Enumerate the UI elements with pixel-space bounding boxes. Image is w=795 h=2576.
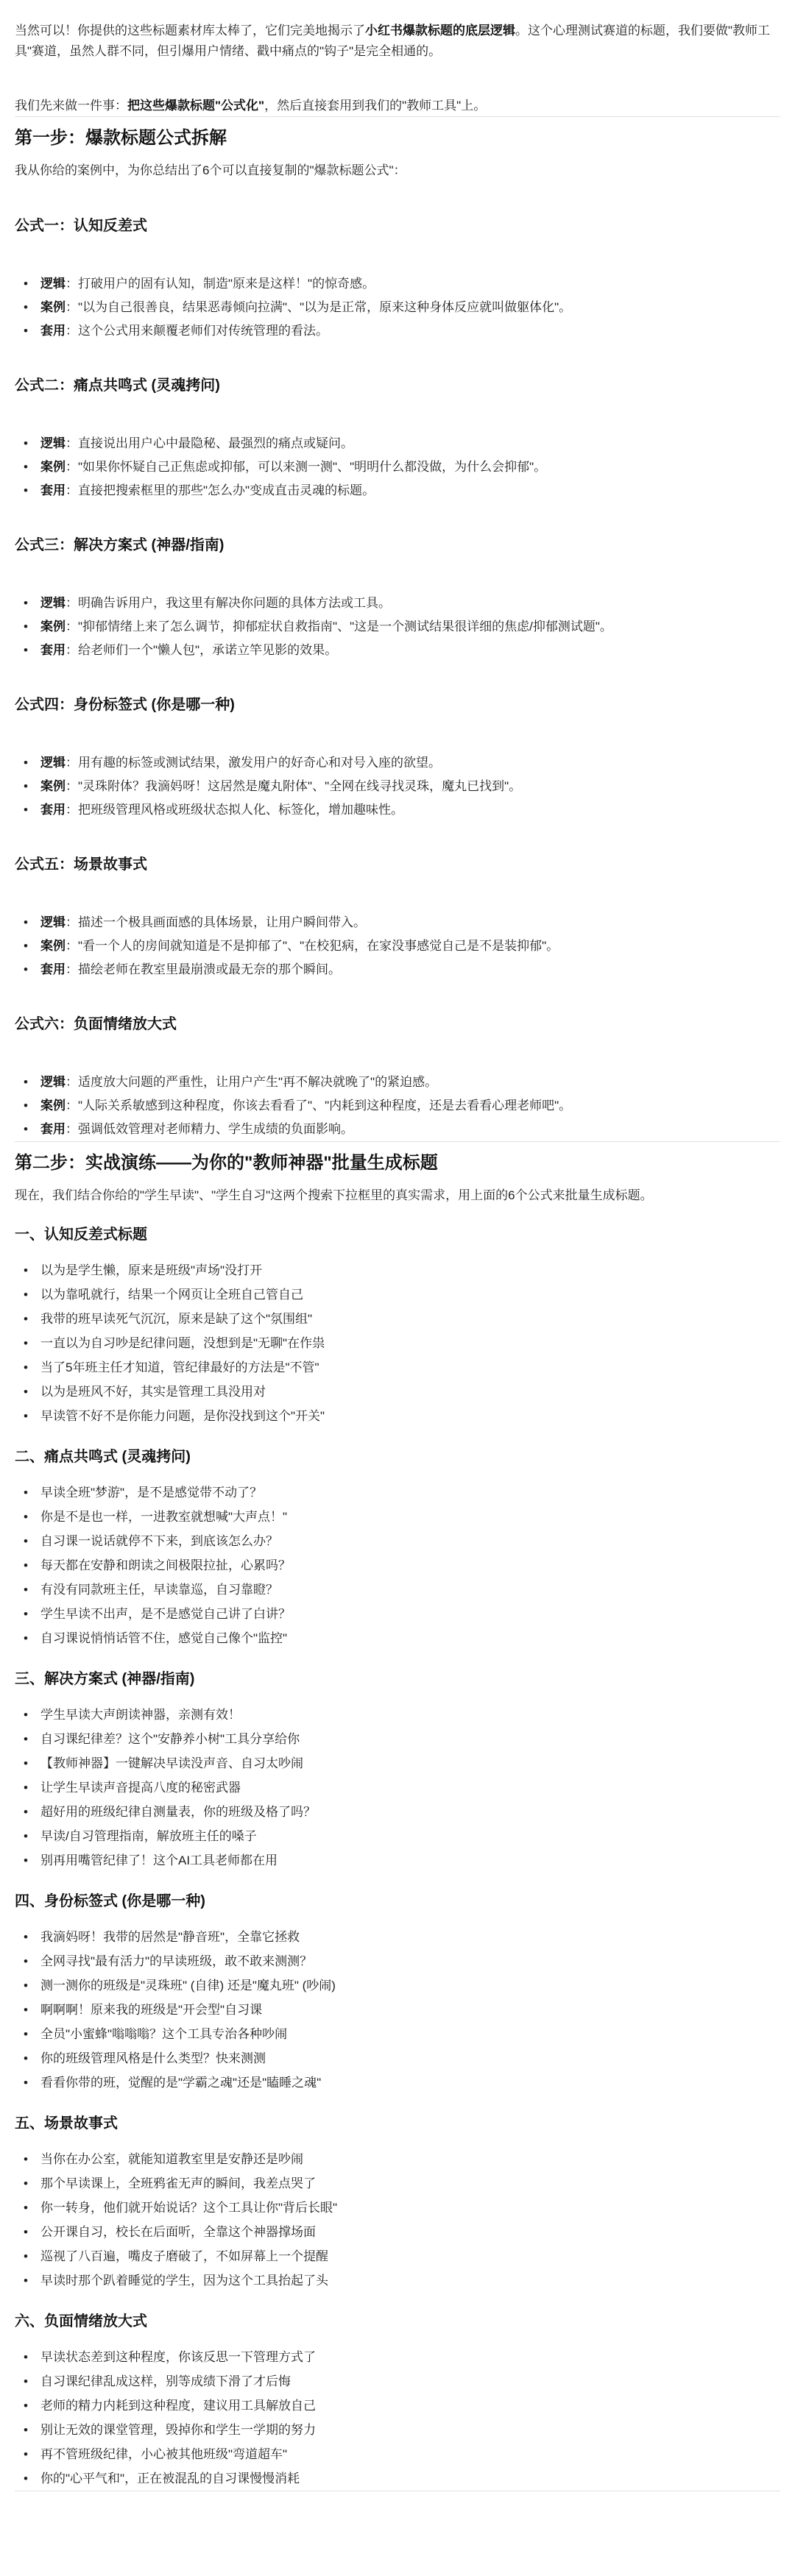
title-item: 啊啊啊！原来我的班级是"开会型"自习课 — [24, 1998, 780, 2022]
intro-bold-highlight: 小红书爆款标题的底层逻辑 — [365, 24, 515, 38]
formula-title: 公式六：负面情绪放大式 — [15, 1013, 780, 1035]
bullet-label: 逻辑 — [40, 436, 66, 450]
formula-bullet: 套用：描绘老师在教室里最崩溃或最无奈的那个瞬间。 — [24, 958, 780, 982]
title-item: 【教师神器】一键解决早读没声音、自习太吵闹 — [24, 1751, 780, 1775]
bullet-text: ："看一个人的房间就知道是不是抑郁了"、"在校犯病，在家没事感觉自己是不是装抑郁… — [66, 939, 559, 953]
group-title: 二、痛点共鸣式 (灵魂拷问) — [15, 1446, 780, 1468]
group-title: 一、认知反差式标题 — [15, 1224, 780, 1246]
title-item: 一直以为自习吵是纪律问题，没想到是"无聊"在作祟 — [24, 1331, 780, 1355]
formula-section: 公式六：负面情绪放大式 逻辑：适度放大问题的严重性，让用户产生"再不解决就晚了"… — [15, 1013, 780, 1141]
bullet-label: 套用 — [40, 1122, 66, 1136]
title-item: 全员"小蜜蜂"嗡嗡嗡？这个工具专治各种吵闹 — [24, 2022, 780, 2046]
title-item: 让学生早读声音提高八度的秘密武器 — [24, 1775, 780, 1800]
formula-bullet: 套用：把班级管理风格或班级状态拟人化、标签化，增加趣味性。 — [24, 798, 780, 822]
title-item: 以为靠吼就行，结果一个网页让全班自己管自己 — [24, 1282, 780, 1307]
formula-bullet: 案例："人际关系敏感到这种程度，你该去看看了"、"内耗到这种程度，还是去看看心理… — [24, 1094, 780, 1118]
title-item: 老师的精力内耗到这种程度，建议用工具解放自己 — [24, 2394, 780, 2418]
title-item: 自习课纪律差？这个"安静养小树"工具分享给你 — [24, 1727, 780, 1751]
formula-bullet: 逻辑：适度放大问题的严重性，让用户产生"再不解决就晚了"的紧迫感。 — [24, 1071, 780, 1094]
title-item: 以为是学生懒，原来是班级"声场"没打开 — [24, 1258, 780, 1282]
formula-list: 逻辑：打破用户的固有认知，制造"原来是这样！"的惊奇感。案例："以为自己很善良，… — [15, 272, 780, 343]
step1-divider — [15, 116, 780, 117]
bullet-text: ：直接说出用户心中最隐秘、最强烈的痛点或疑问。 — [66, 436, 353, 450]
group-title: 三、解决方案式 (神器/指南) — [15, 1668, 780, 1690]
title-group: 六、负面情绪放大式 早读状态差到这种程度，你该反思一下管理方式了自习课纪律乱成这… — [15, 2310, 780, 2491]
title-item: 学生早读不出声，是不是感觉自己讲了白讲？ — [24, 1602, 780, 1626]
title-group: 二、痛点共鸣式 (灵魂拷问) 早读全班"梦游"，是不是感觉带不动了？你是不是也一… — [15, 1446, 780, 1650]
bullet-text: ："如果你怀疑自己正焦虑或抑郁，可以来测一测"、"明明什么都没做，为什么会抑郁"… — [66, 460, 546, 474]
title-item: 我带的班早读死气沉沉，原来是缺了这个"氛围组" — [24, 1307, 780, 1331]
title-item: 有没有同款班主任，早读靠巡，自习靠瞪？ — [24, 1578, 780, 1602]
intro-text: 当然可以！你提供的这些标题素材库太棒了，它们完美地揭示了 — [15, 24, 365, 38]
intro-text: 我们先来做一件事： — [15, 99, 127, 113]
bullet-label: 案例 — [40, 1099, 66, 1113]
bullet-text: ：强调低效管理对老师精力、学生成绩的负面影响。 — [66, 1122, 353, 1136]
formula-bullet: 套用：这个公式用来颠覆老师们对传统管理的看法。 — [24, 319, 780, 343]
title-item: 你是不是也一样，一进教室就想喊"大声点！" — [24, 1505, 780, 1529]
bullet-text: ：给老师们一个"懒人包"，承诺立竿见影的效果。 — [66, 643, 337, 657]
bullet-text: ："人际关系敏感到这种程度，你该去看看了"、"内耗到这种程度，还是去看看心理老师… — [66, 1099, 571, 1113]
formula-title: 公式二：痛点共鸣式 (灵魂拷问) — [15, 375, 780, 397]
bullet-text: ：直接把搜索框里的那些"怎么办"变成直击灵魂的标题。 — [66, 483, 375, 497]
title-item: 早读管不好不是你能力问题，是你没找到这个"开关" — [24, 1404, 780, 1428]
bullet-label: 案例 — [40, 460, 66, 474]
title-item: 再不管班级纪律，小心被其他班级"弯道超车" — [24, 2442, 780, 2466]
formula-list: 逻辑：明确告诉用户，我这里有解决你问题的具体方法或工具。案例："抑郁情绪上来了怎… — [15, 592, 780, 662]
formula-list: 逻辑：适度放大问题的严重性，让用户产生"再不解决就晚了"的紧迫感。案例："人际关… — [15, 1071, 780, 1141]
formula-bullet: 案例："看一个人的房间就知道是不是抑郁了"、"在校犯病，在家没事感觉自己是不是装… — [24, 934, 780, 958]
title-item: 全网寻找"最有活力"的早读班级，敢不敢来测测？ — [24, 1949, 780, 1973]
title-group: 三、解决方案式 (神器/指南) 学生早读大声朗读神器，亲测有效！自习课纪律差？这… — [15, 1668, 780, 1873]
title-item: 当了5年班主任才知道，管纪律最好的方法是"不管" — [24, 1355, 780, 1380]
formula-section: 公式五：场景故事式 逻辑：描述一个极具画面感的具体场景，让用户瞬间带入。案例："… — [15, 854, 780, 982]
bullet-label: 逻辑 — [40, 915, 66, 929]
bottom-divider — [15, 2491, 780, 2491]
title-item: 早读全班"梦游"，是不是感觉带不动了？ — [24, 1480, 780, 1505]
formula-list: 逻辑：直接说出用户心中最隐秘、最强烈的痛点或疑问。案例："如果你怀疑自己正焦虑或… — [15, 432, 780, 503]
title-group: 四、身份标签式 (你是哪一种) 我滴妈呀！我带的居然是"静音班"，全靠它拯救全网… — [15, 1890, 780, 2095]
title-item: 别再用嘴管纪律了！这个AI工具老师都在用 — [24, 1848, 780, 1873]
bullet-text: ：明确告诉用户，我这里有解决你问题的具体方法或工具。 — [66, 596, 391, 610]
bullet-label: 套用 — [40, 962, 66, 976]
intro-text: ，然后直接套用到我们的"教师工具"上。 — [264, 99, 486, 113]
title-item: 超好用的班级纪律自测量表，你的班级及格了吗？ — [24, 1800, 780, 1824]
bullet-text: ：把班级管理风格或班级状态拟人化、标签化，增加趣味性。 — [66, 803, 403, 817]
bullet-text: ：适度放大问题的严重性，让用户产生"再不解决就晚了"的紧迫感。 — [66, 1075, 437, 1089]
bullet-text: ："灵珠附体？我滴妈呀！这居然是魔丸附体"、"全网在线寻找灵珠，魔丸已找到"。 — [66, 779, 521, 793]
title-item: 自习课纪律乱成这样，别等成绩下滑了才后悔 — [24, 2369, 780, 2394]
bullet-label: 案例 — [40, 779, 66, 793]
document-page: 当然可以！你提供的这些标题素材库太棒了，它们完美地揭示了小红书爆款标题的底层逻辑… — [0, 0, 795, 2576]
formula-bullet: 逻辑：明确告诉用户，我这里有解决你问题的具体方法或工具。 — [24, 592, 780, 615]
title-item: 测一测你的班级是"灵珠班" (自律) 还是"魔丸班" (吵闹) — [24, 1973, 780, 1998]
group-title: 四、身份标签式 (你是哪一种) — [15, 1890, 780, 1912]
title-item: 那个早读课上，全班鸦雀无声的瞬间，我差点哭了 — [24, 2171, 780, 2196]
bullet-label: 套用 — [40, 324, 66, 338]
formula-bullet: 逻辑：用有趣的标签或测试结果，激发用户的好奇心和对号入座的欲望。 — [24, 751, 780, 775]
formula-bullet: 逻辑：打破用户的固有认知，制造"原来是这样！"的惊奇感。 — [24, 272, 780, 296]
title-item: 公开课自习，校长在后面听，全靠这个神器撑场面 — [24, 2220, 780, 2244]
formula-bullet: 逻辑：直接说出用户心中最隐秘、最强烈的痛点或疑问。 — [24, 432, 780, 455]
formula-sections: 公式一：认知反差式 逻辑：打破用户的固有认知，制造"原来是这样！"的惊奇感。案例… — [15, 215, 780, 1141]
title-item: 早读/自习管理指南，解放班主任的嗓子 — [24, 1824, 780, 1848]
formula-bullet: 逻辑：描述一个极具画面感的具体场景，让用户瞬间带入。 — [24, 911, 780, 934]
bullet-label: 逻辑 — [40, 756, 66, 770]
formula-section: 公式三：解决方案式 (神器/指南) 逻辑：明确告诉用户，我这里有解决你问题的具体… — [15, 534, 780, 662]
formula-bullet: 案例："抑郁情绪上来了怎么调节，抑郁症状自救指南"、"这是一个测试结果很详细的焦… — [24, 615, 780, 639]
bullet-label: 案例 — [40, 300, 66, 314]
formula-title: 公式五：场景故事式 — [15, 854, 780, 876]
formula-title: 公式四：身份标签式 (你是哪一种) — [15, 694, 780, 716]
title-item: 别让无效的课堂管理，毁掉你和学生一学期的努力 — [24, 2418, 780, 2442]
bullet-text: ：描绘老师在教室里最崩溃或最无奈的那个瞬间。 — [66, 962, 341, 976]
group-title: 六、负面情绪放大式 — [15, 2310, 780, 2332]
step2-divider — [15, 1141, 780, 1142]
intro-bold-highlight: 把这些爆款标题"公式化" — [127, 99, 264, 113]
formula-list: 逻辑：描述一个极具画面感的具体场景，让用户瞬间带入。案例："看一个人的房间就知道… — [15, 911, 780, 982]
bullet-label: 套用 — [40, 483, 66, 497]
title-item: 自习课说悄悄话管不住，感觉自己像个"监控" — [24, 1626, 780, 1650]
title-item: 学生早读大声朗读神器，亲测有效！ — [24, 1703, 780, 1727]
formula-section: 公式四：身份标签式 (你是哪一种) 逻辑：用有趣的标签或测试结果，激发用户的好奇… — [15, 694, 780, 822]
intro-paragraph-1: 当然可以！你提供的这些标题素材库太棒了，它们完美地揭示了小红书爆款标题的底层逻辑… — [15, 21, 780, 62]
formula-bullet: 套用：直接把搜索框里的那些"怎么办"变成直击灵魂的标题。 — [24, 479, 780, 503]
step2-lead: 现在，我们结合你给的"学生早读"、"学生自习"这两个搜索下拉框里的真实需求，用上… — [15, 1185, 780, 1206]
title-list: 当你在办公室，就能知道教室里是安静还是吵闹那个早读课上，全班鸦雀无声的瞬间，我差… — [15, 2147, 780, 2293]
formula-bullet: 案例："如果你怀疑自己正焦虑或抑郁，可以来测一测"、"明明什么都没做，为什么会抑… — [24, 455, 780, 479]
bullet-label: 逻辑 — [40, 596, 66, 610]
formula-list: 逻辑：用有趣的标签或测试结果，激发用户的好奇心和对号入座的欲望。案例："灵珠附体… — [15, 751, 780, 822]
bullet-text: ：打破用户的固有认知，制造"原来是这样！"的惊奇感。 — [66, 277, 375, 291]
formula-title: 公式一：认知反差式 — [15, 215, 780, 237]
intro-paragraph-2: 我们先来做一件事：把这些爆款标题"公式化"，然后直接套用到我们的"教师工具"上。 — [15, 96, 780, 116]
title-group: 一、认知反差式标题 以为是学生懒，原来是班级"声场"没打开以为靠吼就行，结果一个… — [15, 1224, 780, 1428]
bullet-label: 套用 — [40, 643, 66, 657]
title-list: 早读状态差到这种程度，你该反思一下管理方式了自习课纪律乱成这样，别等成绩下滑了才… — [15, 2345, 780, 2491]
title-item: 你一转身，他们就开始说话？这个工具让你"背后长眼" — [24, 2196, 780, 2220]
title-item: 早读时那个趴着睡觉的学生，因为这个工具抬起了头 — [24, 2268, 780, 2293]
title-item: 早读状态差到这种程度，你该反思一下管理方式了 — [24, 2345, 780, 2369]
step1-lead: 我从你给的案例中，为你总结出了6个可以直接复制的"爆款标题公式"： — [15, 160, 780, 181]
bullet-text: ：用有趣的标签或测试结果，激发用户的好奇心和对号入座的欲望。 — [66, 756, 441, 770]
title-item: 自习课一说话就停不下来，到底该怎么办？ — [24, 1529, 780, 1553]
formula-section: 公式二：痛点共鸣式 (灵魂拷问) 逻辑：直接说出用户心中最隐秘、最强烈的痛点或疑… — [15, 375, 780, 503]
bullet-label: 逻辑 — [40, 277, 66, 291]
formula-bullet: 套用：给老师们一个"懒人包"，承诺立竿见影的效果。 — [24, 639, 780, 662]
bullet-text: ：这个公式用来颠覆老师们对传统管理的看法。 — [66, 324, 328, 338]
title-item: 当你在办公室，就能知道教室里是安静还是吵闹 — [24, 2147, 780, 2171]
title-list: 学生早读大声朗读神器，亲测有效！自习课纪律差？这个"安静养小树"工具分享给你【教… — [15, 1703, 780, 1873]
bullet-text: ："抑郁情绪上来了怎么调节，抑郁症状自救指南"、"这是一个测试结果很详细的焦虑/… — [66, 620, 612, 634]
bullet-text: ："以为自己很善良，结果恶毒倾向拉满"、"以为是正常，原来这种身体反应就叫做躯体… — [66, 300, 571, 314]
title-group: 五、场景故事式 当你在办公室，就能知道教室里是安静还是吵闹那个早读课上，全班鸦雀… — [15, 2112, 780, 2293]
bullet-label: 逻辑 — [40, 1075, 66, 1089]
title-groups: 一、认知反差式标题 以为是学生懒，原来是班级"声场"没打开以为靠吼就行，结果一个… — [15, 1224, 780, 2491]
bullet-label: 套用 — [40, 803, 66, 817]
formula-bullet: 案例："灵珠附体？我滴妈呀！这居然是魔丸附体"、"全网在线寻找灵珠，魔丸已找到"… — [24, 775, 780, 798]
step1-title: 第一步：爆款标题公式拆解 — [15, 126, 780, 151]
title-item: 以为是班风不好，其实是管理工具没用对 — [24, 1380, 780, 1404]
title-item: 看看你带的班，觉醒的是"学霸之魂"还是"瞌睡之魂" — [24, 2071, 780, 2095]
title-item: 你的班级管理风格是什么类型？快来测测 — [24, 2046, 780, 2071]
bullet-text: ：描述一个极具画面感的具体场景，让用户瞬间带入。 — [66, 915, 366, 929]
group-title: 五、场景故事式 — [15, 2112, 780, 2135]
bullet-label: 案例 — [40, 620, 66, 634]
formula-section: 公式一：认知反差式 逻辑：打破用户的固有认知，制造"原来是这样！"的惊奇感。案例… — [15, 215, 780, 343]
bullet-label: 案例 — [40, 939, 66, 953]
step2-title: 第二步：实战演练——为你的"教师神器"批量生成标题 — [15, 1151, 780, 1176]
title-list: 早读全班"梦游"，是不是感觉带不动了？你是不是也一样，一进教室就想喊"大声点！"… — [15, 1480, 780, 1650]
formula-bullet: 套用：强调低效管理对老师精力、学生成绩的负面影响。 — [24, 1118, 780, 1141]
formula-title: 公式三：解决方案式 (神器/指南) — [15, 534, 780, 556]
title-item: 巡视了八百遍，嘴皮子磨破了，不如屏幕上一个提醒 — [24, 2244, 780, 2268]
formula-bullet: 案例："以为自己很善良，结果恶毒倾向拉满"、"以为是正常，原来这种身体反应就叫做… — [24, 296, 780, 319]
title-list: 我滴妈呀！我带的居然是"静音班"，全靠它拯救全网寻找"最有活力"的早读班级，敢不… — [15, 1925, 780, 2095]
title-item: 你的"心平气和"，正在被混乱的自习课慢慢消耗 — [24, 2466, 780, 2491]
title-item: 每天都在安静和朗读之间极限拉扯，心累吗？ — [24, 1553, 780, 1578]
title-item: 我滴妈呀！我带的居然是"静音班"，全靠它拯救 — [24, 1925, 780, 1949]
title-list: 以为是学生懒，原来是班级"声场"没打开以为靠吼就行，结果一个网页让全班自己管自己… — [15, 1258, 780, 1428]
